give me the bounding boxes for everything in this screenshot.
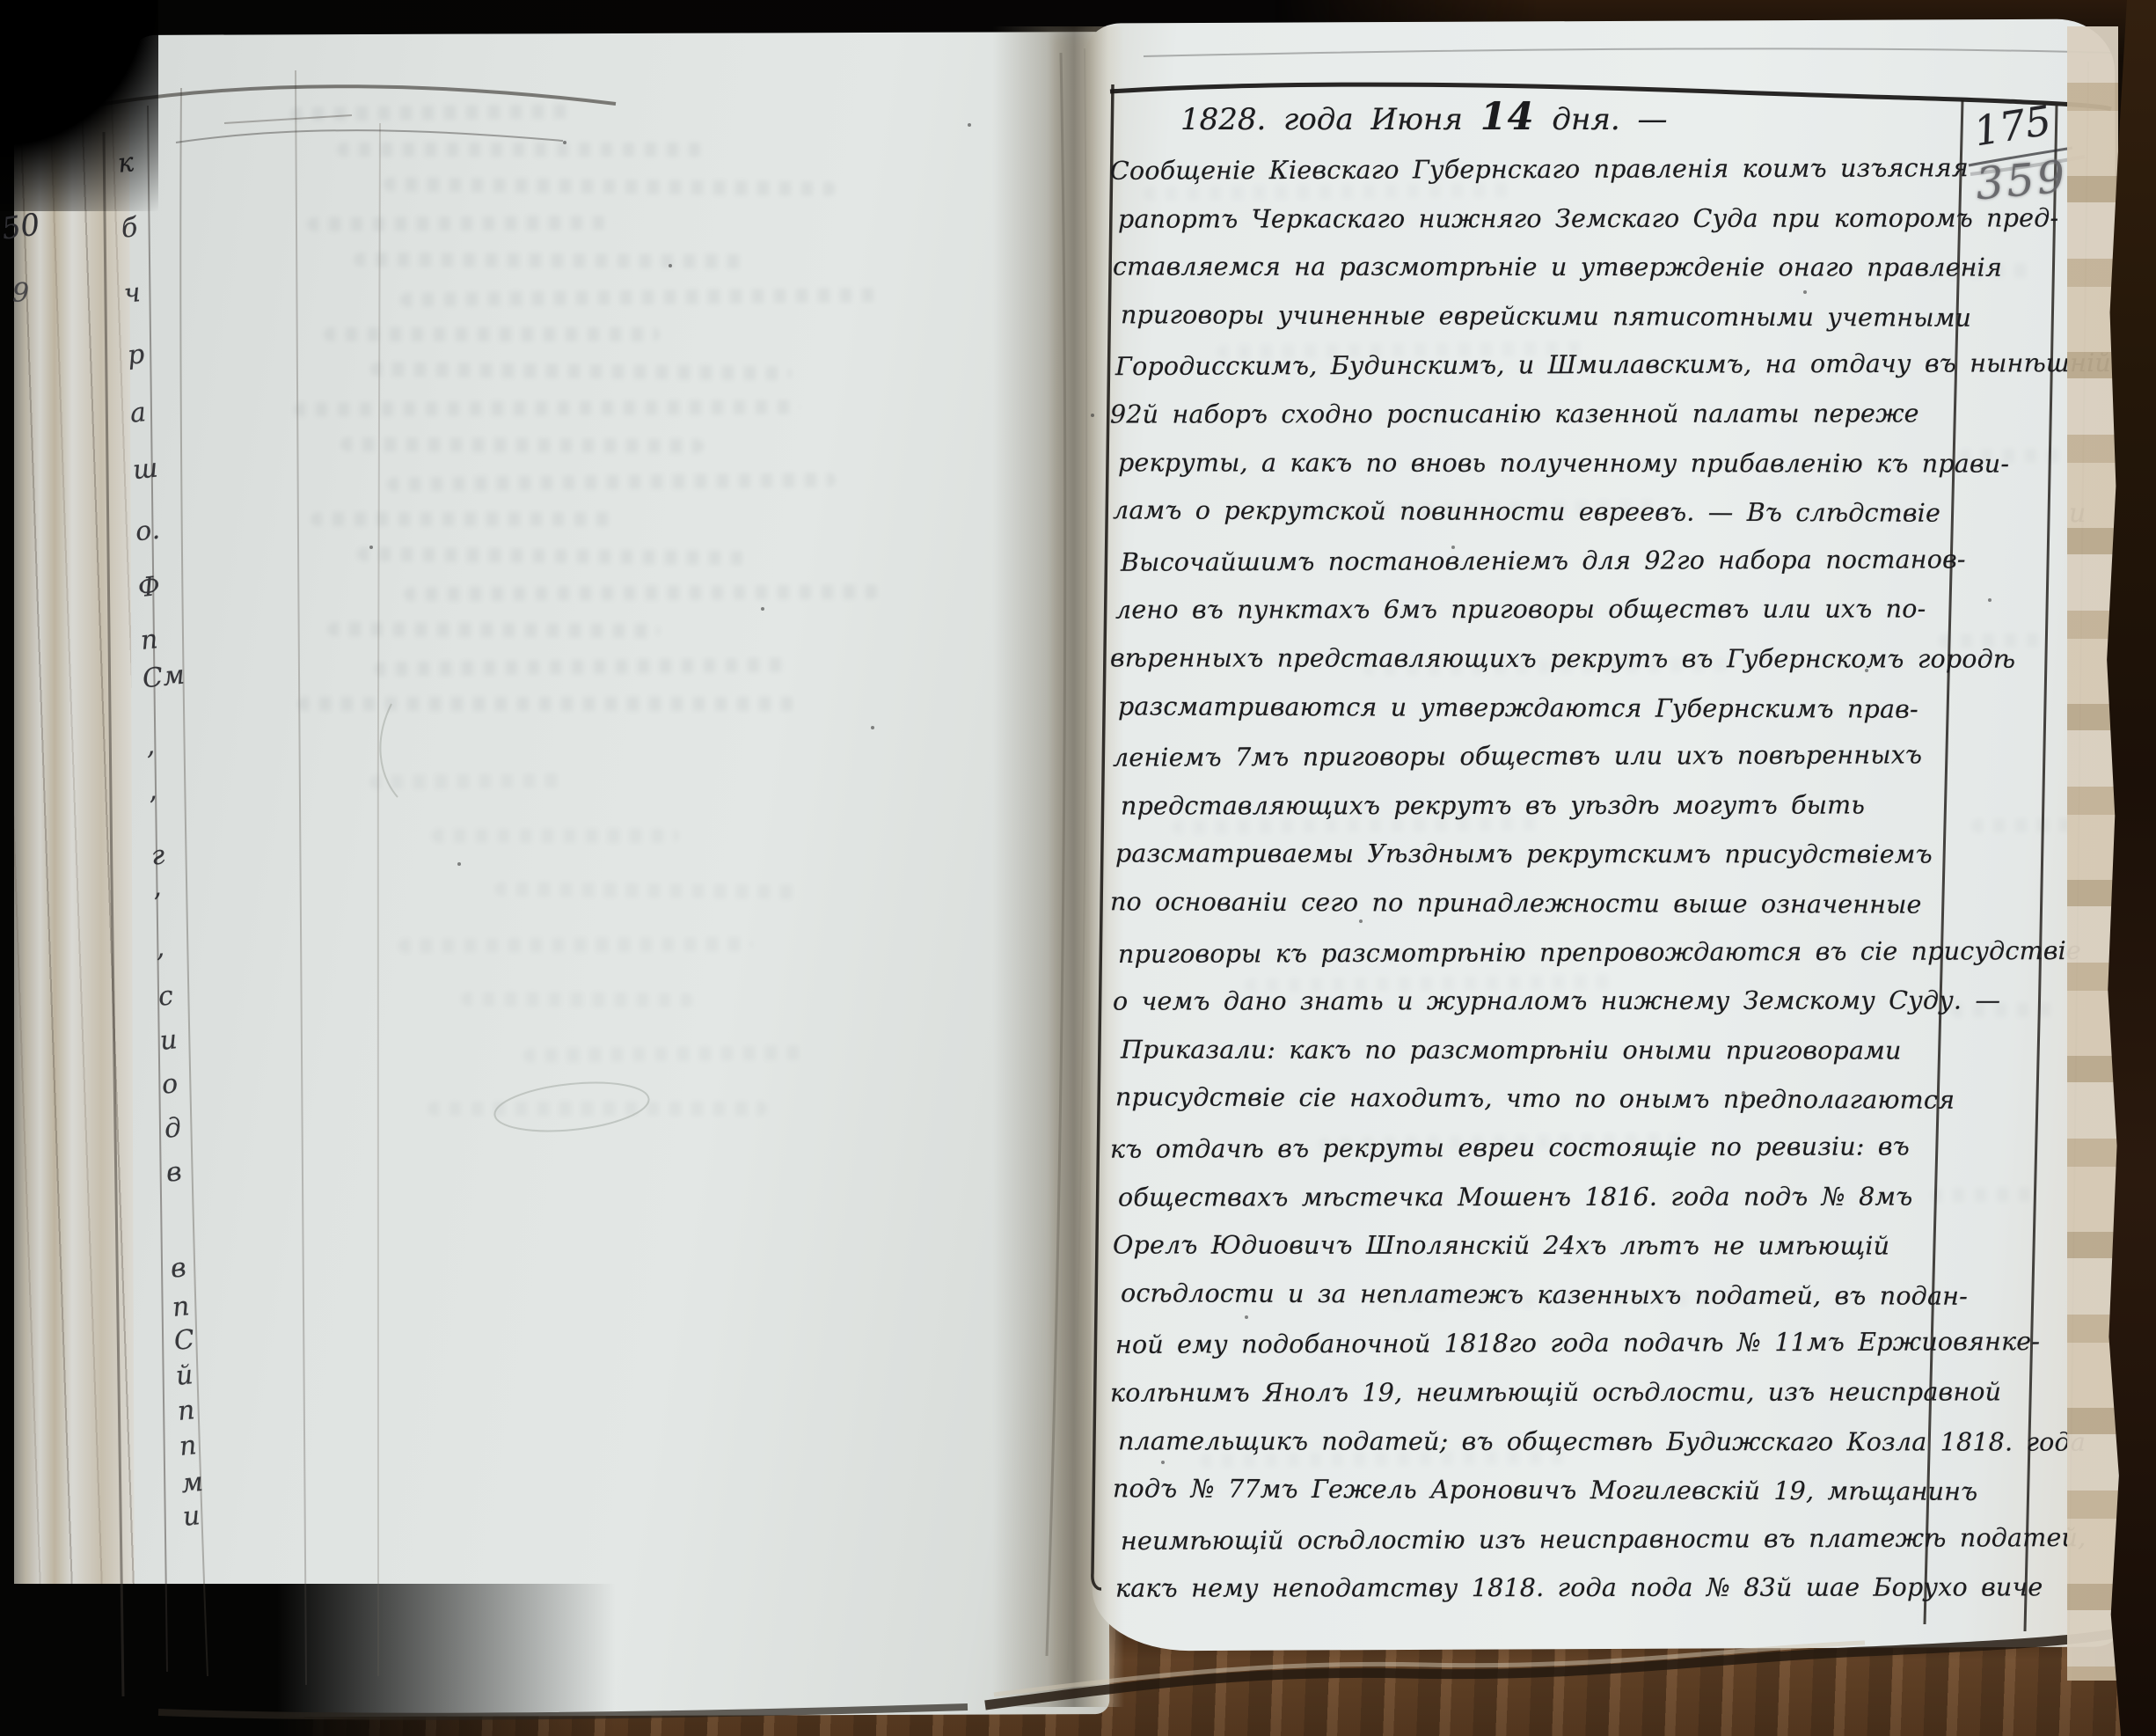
ink-speck bbox=[1245, 1315, 1248, 1319]
manuscript-line: колѣнимъ Янолъ 19, неимѣющій осѣдлости, … bbox=[1110, 1377, 2001, 1407]
bleed-through-mark bbox=[307, 216, 616, 231]
bleed-through-mark bbox=[337, 143, 704, 157]
edge-letter: и bbox=[158, 1024, 179, 1057]
edge-letter: С bbox=[172, 1324, 196, 1357]
manuscript-line: присудствіе сіе находитъ, что по онымъ п… bbox=[1115, 1083, 1955, 1115]
ink-speck bbox=[369, 546, 373, 549]
bleed-through-mark bbox=[327, 622, 660, 638]
ink-speck bbox=[1161, 1461, 1165, 1464]
edge-letter: в bbox=[164, 1156, 183, 1189]
manuscript-line: разсматриваются и утверждаются Губернски… bbox=[1118, 692, 1918, 723]
ink-speck bbox=[1091, 414, 1094, 417]
manuscript-line: осѣдлости и за неплатежъ казенныхъ подат… bbox=[1121, 1278, 1968, 1311]
bleed-through-mark bbox=[354, 253, 748, 268]
edge-letter: Ф bbox=[136, 571, 161, 604]
page-number-pencil: 359 bbox=[1974, 151, 2070, 210]
manuscript-line: плательщикъ податей; въ обществѣ Будижск… bbox=[1118, 1426, 2086, 1456]
edge-letter: д bbox=[163, 1112, 183, 1145]
manuscript-line: Городисскимъ, Будинскимъ, и Шмилавскимъ,… bbox=[1115, 348, 2111, 381]
ink-speck bbox=[871, 726, 874, 729]
bleed-through-mark bbox=[369, 773, 563, 789]
bleed-through-mark bbox=[428, 1102, 767, 1116]
edge-letter: б bbox=[120, 212, 139, 245]
manuscript-line: ламъ о рекрутской повинности евреевъ. — … bbox=[1113, 495, 1940, 527]
bleed-through-mark bbox=[290, 104, 572, 121]
edge-letter: а bbox=[128, 397, 147, 429]
manuscript-line: приговоры учиненные еврейскими пятисотны… bbox=[1121, 300, 1971, 333]
manuscript-line: Высочайшимъ постановленіемъ для 92го наб… bbox=[1121, 545, 1966, 577]
edge-letter: и bbox=[181, 1500, 201, 1533]
edge-letter: п bbox=[178, 1430, 198, 1462]
ink-speck bbox=[669, 264, 672, 267]
manuscript-line: Орелъ Юдиовичъ Шполянскій 24хъ лѣтъ не и… bbox=[1113, 1231, 1889, 1261]
bleed-through-mark bbox=[432, 829, 679, 843]
edge-letter: в bbox=[169, 1252, 187, 1285]
manuscript-line: какъ нему неподатству 1818. года пода № … bbox=[1115, 1573, 2043, 1603]
bottom-left-shadow bbox=[0, 1584, 616, 1736]
manuscript-line: ной ему подобаночной 1818го года подачѣ … bbox=[1115, 1327, 2040, 1359]
ink-speck bbox=[761, 607, 764, 611]
manuscript-line: неимѣющій осѣдлостію изъ неисправности в… bbox=[1121, 1523, 2086, 1556]
manuscript-line: представляющихъ рекрутъ въ уѣздѣ могутъ … bbox=[1121, 790, 1865, 820]
edge-letter: о bbox=[160, 1068, 179, 1101]
edge-letter: м bbox=[179, 1467, 204, 1499]
bleed-through-mark bbox=[311, 512, 616, 526]
bleed-through-mark bbox=[340, 437, 704, 453]
bleed-through-mark bbox=[461, 992, 693, 1007]
manuscript-line: разсматриваемы Уѣзднымъ рекрутскимъ прис… bbox=[1115, 839, 1933, 869]
left-sheet-number-2: 9 bbox=[12, 278, 29, 309]
edge-letter: п bbox=[139, 624, 159, 656]
heading-date: 1828. года Июня 14 дня. — bbox=[1180, 95, 1667, 139]
ink-speck bbox=[1988, 598, 1992, 602]
edge-letter: с bbox=[157, 980, 174, 1013]
manuscript-line: 92й наборъ сходно росписанію казенной па… bbox=[1110, 399, 1919, 429]
ink-speck bbox=[1359, 919, 1363, 923]
manuscript-line: лено въ пунктахъ 6мъ приговоры обществъ … bbox=[1115, 595, 1926, 625]
manuscript-line: Сообщеніе Кіевскаго Губернскаго правлені… bbox=[1110, 153, 1969, 186]
left-sheet-number: 50 bbox=[0, 207, 42, 247]
edge-letter: п bbox=[171, 1291, 191, 1323]
edge-letter: ч bbox=[122, 277, 142, 310]
manuscript-line: рапортъ Черкаскаго нижняго Земскаго Суда… bbox=[1118, 203, 2058, 233]
edge-letter: р bbox=[126, 339, 146, 371]
edge-letter: ш bbox=[131, 453, 159, 487]
bleed-through-mark bbox=[324, 327, 660, 341]
manuscript-line: Приказали: какъ по разсмотрѣніи оными пр… bbox=[1121, 1035, 1902, 1065]
manuscript-line: леніемъ 7мъ приговоры обществъ или ихъ п… bbox=[1113, 741, 1922, 773]
archival-book-photograph: 1828. года Июня 14 дня. — Сообщеніе Кіев… bbox=[0, 0, 2156, 1736]
bleed-through-mark bbox=[398, 937, 753, 953]
bleed-through-mark bbox=[1931, 1187, 2036, 1202]
bleed-through-mark bbox=[404, 585, 880, 602]
left-blank-page bbox=[129, 32, 1110, 1718]
edge-letter: о. bbox=[134, 515, 161, 548]
bleed-through-mark bbox=[523, 1045, 809, 1062]
manuscript-line: къ отдачѣ въ рекруты евреи состоящіе по … bbox=[1110, 1132, 1910, 1163]
heading-date-suffix: дня. — bbox=[1552, 102, 1667, 137]
corner-shadow bbox=[0, 0, 158, 211]
ink-speck bbox=[968, 123, 971, 127]
manuscript-line: приговоры къ разсмотрѣнію препровождаютс… bbox=[1118, 936, 2081, 969]
ink-speck bbox=[1803, 290, 1807, 294]
heading-date-prefix: 1828. года Июня bbox=[1180, 102, 1463, 137]
manuscript-line: обществахъ мѣстечка Мошенъ 1816. года по… bbox=[1118, 1182, 1912, 1212]
edge-letter: п bbox=[176, 1395, 196, 1427]
edge-letter: См bbox=[141, 660, 186, 695]
bleed-through-mark bbox=[297, 697, 800, 711]
bleed-through-mark bbox=[1971, 817, 2077, 832]
manuscript-line: ставляемся на разсмотрѣніе и утвержденіе… bbox=[1113, 253, 2002, 282]
book-page-edges-right bbox=[2067, 26, 2118, 1681]
manuscript-line: о чемъ дано знать и журналомъ нижнему Зе… bbox=[1113, 986, 2000, 1016]
edge-letter: й bbox=[174, 1359, 194, 1392]
ink-speck bbox=[457, 862, 461, 866]
manuscript-line: вѣренныхъ представляющихъ рекрутъ въ Губ… bbox=[1110, 643, 2015, 673]
gutter-shadow bbox=[992, 26, 1124, 1707]
heading-date-day: 14 bbox=[1480, 95, 1535, 139]
manuscript-line: по основаніи сего по принадлежности выше… bbox=[1110, 887, 1922, 919]
manuscript-line: рекруты, а какъ по вновь полученному при… bbox=[1118, 448, 2009, 478]
bleed-through-mark bbox=[294, 399, 800, 416]
manuscript-line: подъ № 77мъ Гежель Ароновичъ Могилевскій… bbox=[1113, 1474, 1977, 1506]
ink-speck bbox=[563, 141, 566, 144]
